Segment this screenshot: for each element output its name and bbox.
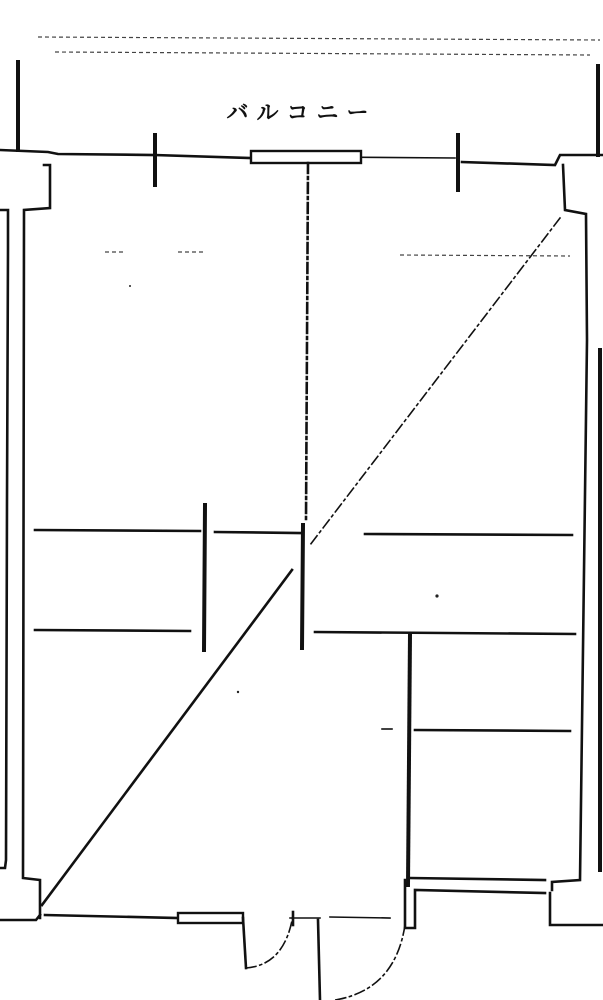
center-partition: [302, 163, 308, 648]
floor-plan: [0, 0, 603, 1000]
side-door: [243, 912, 293, 968]
closet-lines-left: [35, 505, 300, 650]
header-noise: [38, 37, 600, 55]
balcony-walls: [18, 62, 598, 155]
bottom-wall: [45, 878, 545, 1000]
left-wall: [0, 165, 50, 920]
faint-marks: [105, 252, 570, 256]
right-wall: [550, 165, 603, 925]
closet-lines-right: [315, 534, 575, 885]
balcony-sash-window: [251, 151, 361, 163]
entrance-door: [335, 925, 405, 1000]
